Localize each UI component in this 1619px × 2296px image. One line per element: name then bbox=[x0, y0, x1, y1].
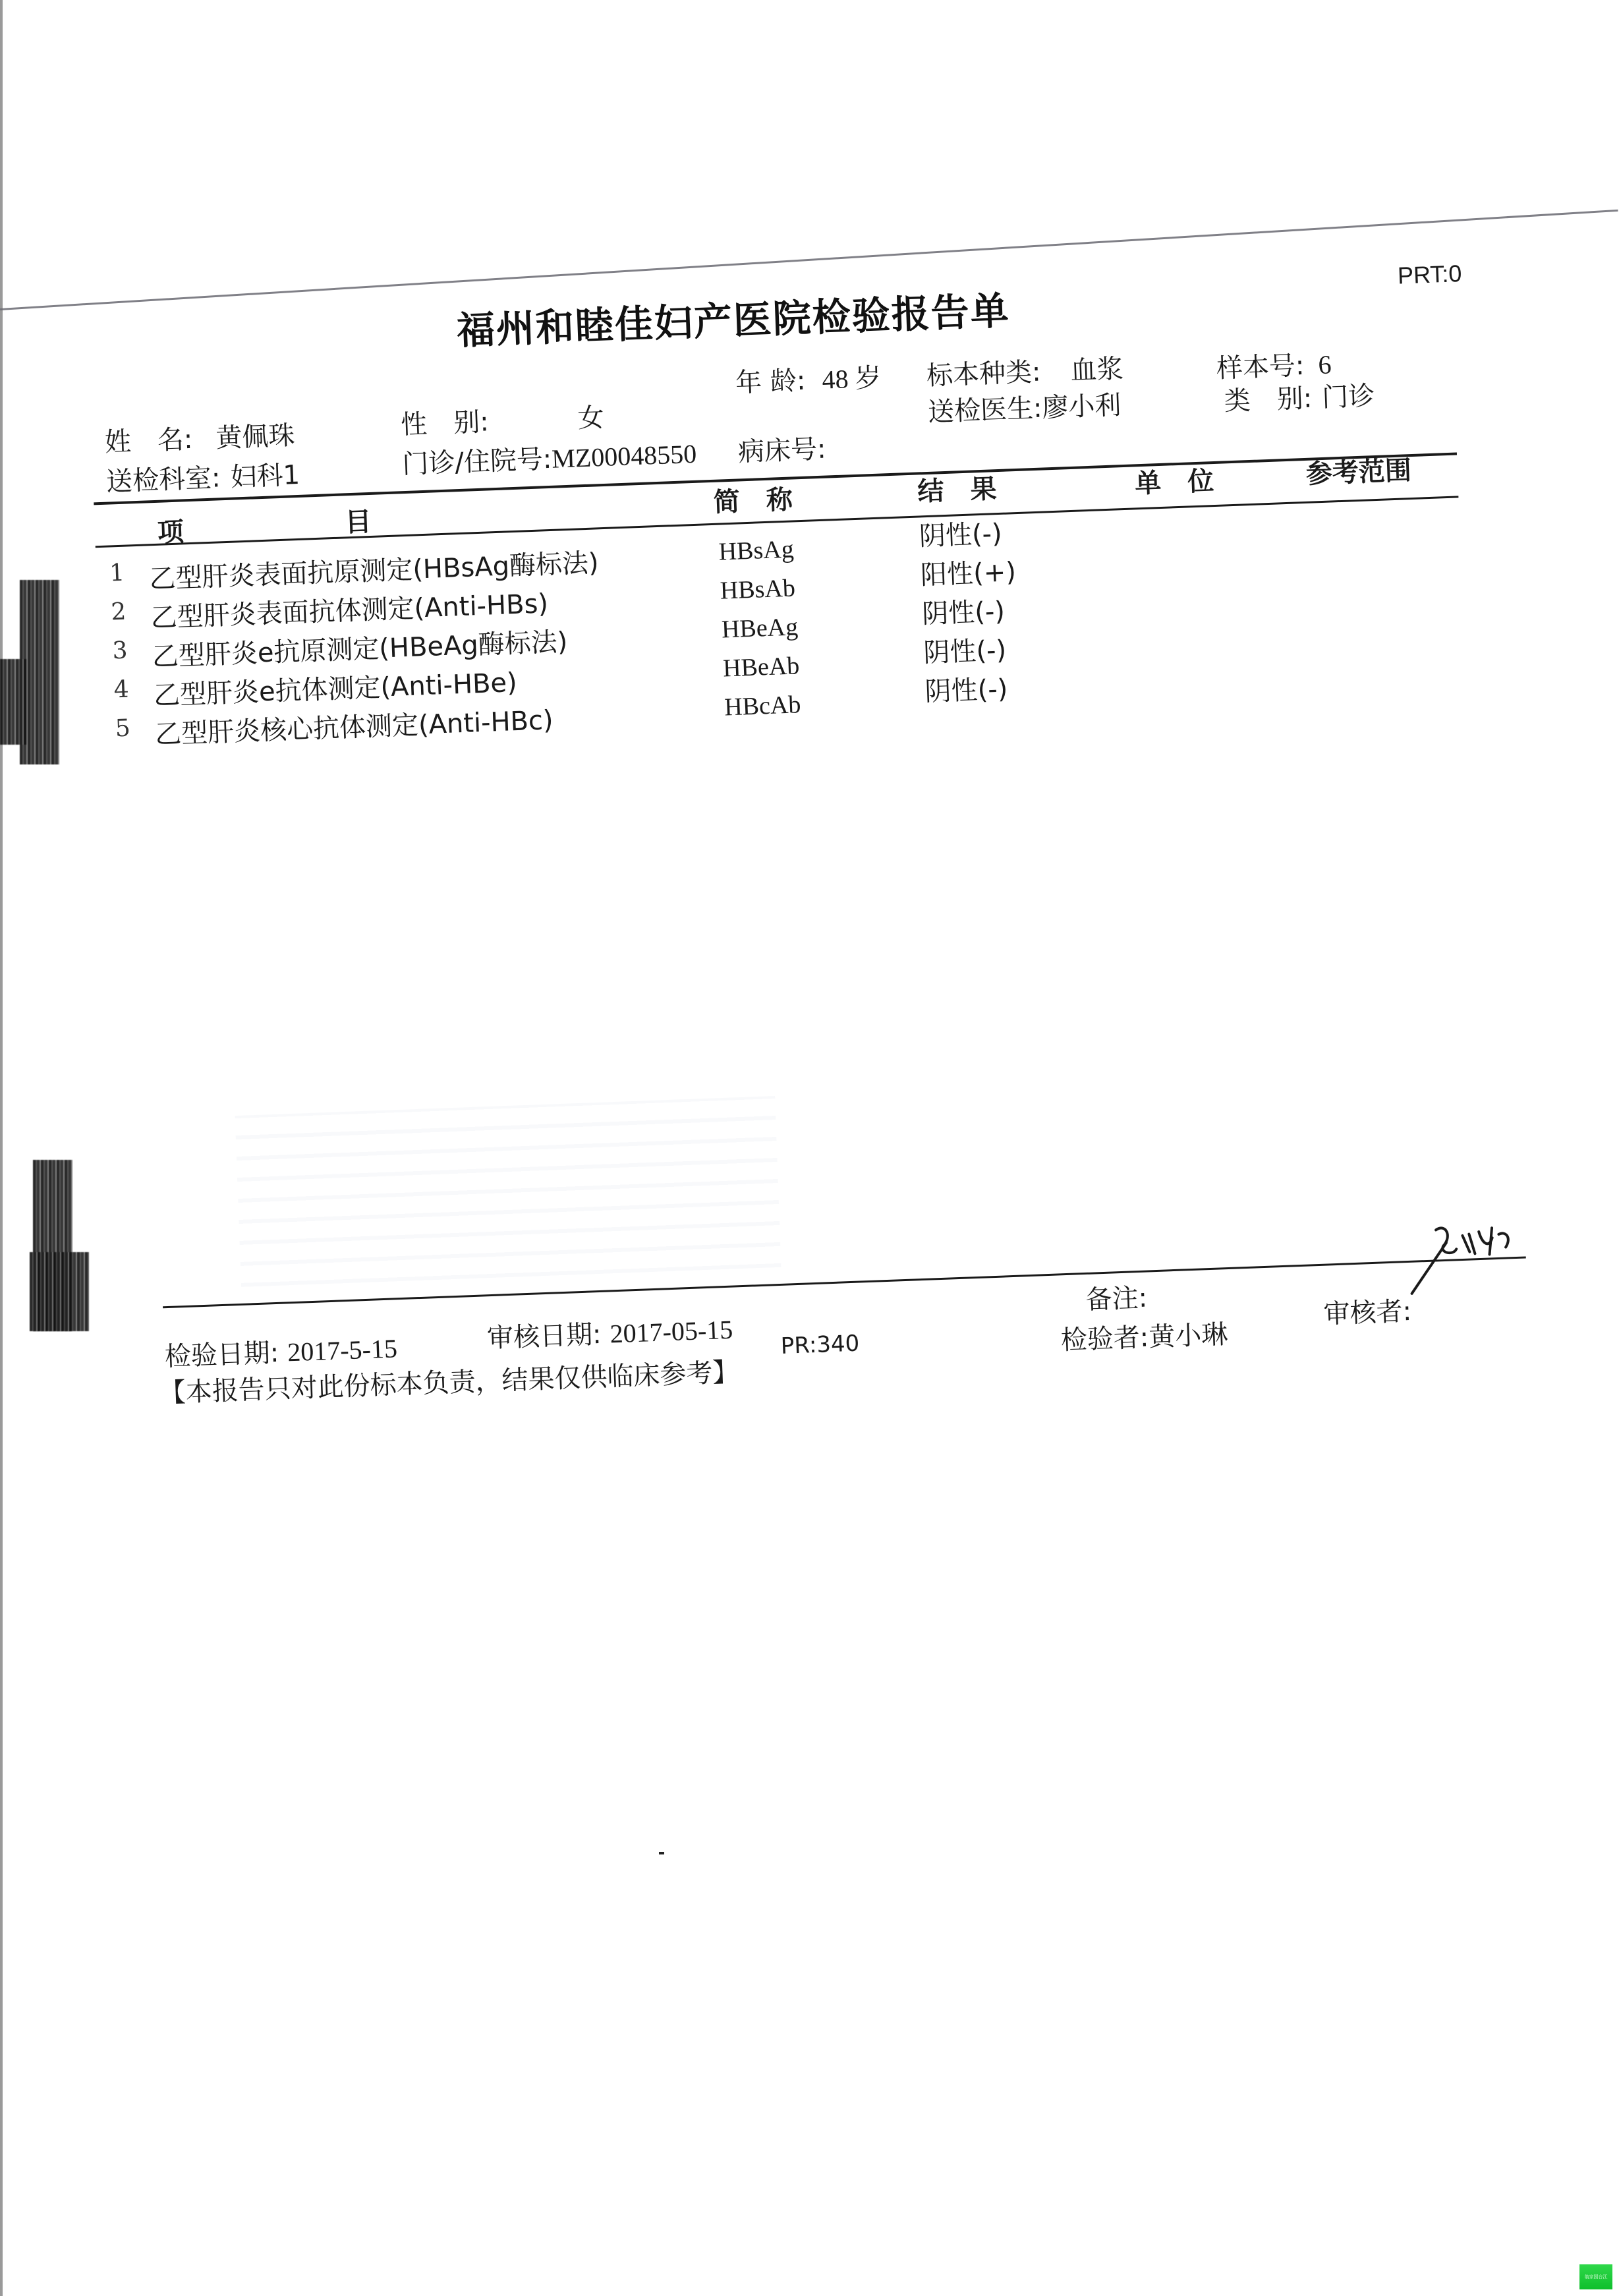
age-value: 48 岁 bbox=[822, 362, 882, 394]
result-table: 1乙型肝炎表面抗原测定(HBsAg酶标法)HBsAg阴性(-)2乙型肝炎表面抗体… bbox=[0, 0, 1601, 4]
row-number: 2 bbox=[111, 598, 127, 626]
reviewer-signature bbox=[1406, 1213, 1553, 1297]
row-number: 3 bbox=[112, 637, 128, 665]
bed-no-field: 病床号: bbox=[737, 428, 826, 469]
sample-no-value: 6 bbox=[1318, 349, 1332, 380]
review-date-value: 2017-05-15 bbox=[610, 1315, 733, 1349]
row-number: 5 bbox=[115, 715, 130, 743]
pr-code: PR:340 bbox=[780, 1331, 860, 1360]
print-code: PRT:0 bbox=[1397, 260, 1462, 290]
col-abbr: 简 称 bbox=[713, 478, 793, 519]
row-result: 阴性(-) bbox=[921, 590, 1006, 631]
row-result: 阴性(-) bbox=[923, 629, 1007, 670]
bleed-through bbox=[235, 1096, 781, 1287]
lab-report: 福州和睦佳妇产医院检验报告单 PRT:0 年 龄: 48 岁 标本种类: 血浆 … bbox=[0, 0, 1619, 1518]
table-row: 5乙型肝炎核心抗体测定(Anti-HBc)HBcAb阴性(-) bbox=[0, 0, 1601, 4]
reviewer-field: 审核者: bbox=[1323, 1290, 1412, 1331]
col-item-right: 目 bbox=[344, 501, 372, 539]
category-value: 门诊 bbox=[1321, 381, 1375, 413]
sex-value: 女 bbox=[577, 403, 605, 434]
row-result: 阴性(-) bbox=[919, 513, 1003, 554]
sex-field: 性 别: 女 bbox=[400, 397, 604, 442]
department-field: 送检科室: 妇科1 bbox=[105, 454, 300, 499]
specimen-type-value: 血浆 bbox=[1070, 354, 1124, 386]
row-number: 1 bbox=[109, 560, 125, 587]
doctor-value: 廖小利 bbox=[1042, 390, 1122, 423]
record-no-value: MZ00048550 bbox=[551, 439, 697, 474]
table-row: 1乙型肝炎表面抗原测定(HBsAg酶标法)HBsAg阴性(-) bbox=[0, 0, 1601, 4]
tester-field: 检验者:黄小琳 bbox=[1060, 1313, 1228, 1357]
col-unit: 单 位 bbox=[1134, 460, 1214, 500]
table-row: 2乙型肝炎表面抗体测定(Anti-HBs)HBsAb阳性(+) bbox=[0, 0, 1601, 4]
doctor-field: 送检医生:廖小利 bbox=[927, 384, 1122, 429]
department-value: 妇科1 bbox=[230, 460, 300, 493]
patient-name: 黄佩珠 bbox=[215, 420, 296, 453]
test-date-value: 2017-5-15 bbox=[287, 1333, 397, 1367]
row-abbreviation: HBsAg bbox=[718, 534, 795, 566]
watermark-badge: 翁家园台江 bbox=[1579, 2264, 1612, 2289]
record-no-field: 门诊/住院号:MZ00048550 bbox=[401, 433, 697, 481]
row-result: 阳性(+) bbox=[920, 551, 1017, 592]
row-abbreviation: HBcAb bbox=[724, 690, 802, 722]
table-row: 3乙型肝炎e抗原测定(HBeAg酶标法)HBeAg阴性(-) bbox=[0, 0, 1601, 4]
row-abbreviation: HBsAb bbox=[720, 573, 796, 605]
row-abbreviation: HBeAg bbox=[721, 612, 799, 644]
report-title: 福州和睦佳妇产医院检验报告单 bbox=[455, 279, 1011, 355]
age-field: 年 龄: 48 岁 bbox=[735, 357, 882, 399]
col-result: 结 果 bbox=[917, 468, 997, 508]
category-field: 类 别: 门诊 bbox=[1224, 375, 1376, 418]
review-date-field: 审核日期: 2017-05-15 bbox=[486, 1309, 733, 1356]
speck bbox=[659, 1852, 664, 1854]
tester-value: 黄小琳 bbox=[1148, 1319, 1228, 1352]
row-result: 阴性(-) bbox=[924, 668, 1009, 709]
row-abbreviation: HBeAb bbox=[722, 651, 800, 683]
table-row: 4乙型肝炎e抗体测定(Anti-HBe)HBeAb阴性(-) bbox=[0, 0, 1601, 4]
col-range: 参考范围 bbox=[1305, 449, 1412, 491]
row-number: 4 bbox=[113, 676, 129, 704]
remarks-field: 备注: bbox=[1085, 1277, 1148, 1317]
name-field: 姓 名: 黄佩珠 bbox=[104, 415, 295, 459]
